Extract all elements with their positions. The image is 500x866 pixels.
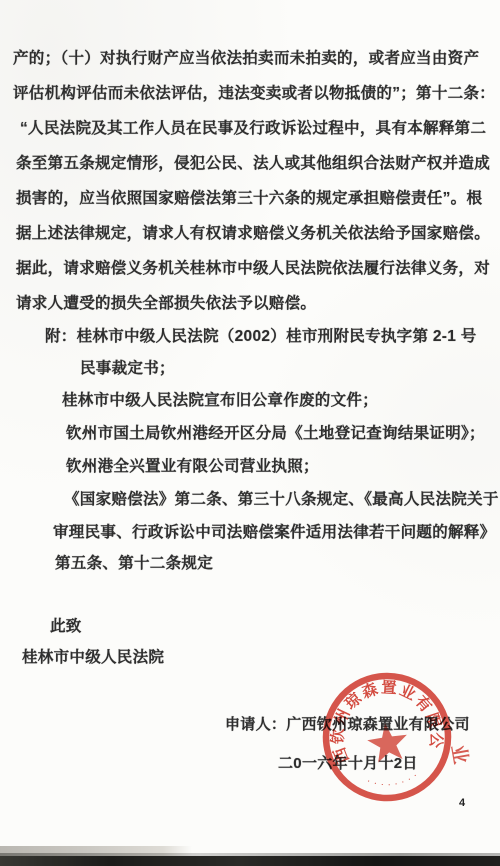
seal-star-icon	[365, 720, 410, 763]
attachment-line: 钦州港全兴置业有限公司营业执照；	[66, 454, 319, 476]
seal-side-mark: 业	[447, 743, 472, 766]
text-line: 评估机构评估而未依法评估，违法变卖或者以物抵债的”；第十二条：	[13, 81, 495, 103]
closing-addressee: 桂林市中级人民法院	[22, 645, 164, 667]
text-line: 产的；（十）对执行财产应当依法拍卖而未拍卖的，或者应当由资产	[13, 46, 479, 68]
text-line: 据此，请求赔偿义务机关桂林市中级人民法院依法履行法律义务，对	[16, 256, 490, 278]
text-line: 请求人遭受的损失全部损失依法予以赔偿。	[16, 291, 316, 313]
scan-edge-strip	[0, 856, 500, 866]
text-line: “人民法院及其工作人员在民事及行政诉讼过程中，具有本解释第二	[20, 116, 486, 138]
attachment-line: 附：桂林市中级人民法院（2002）桂市刑附民专执字第 2-1 号	[45, 324, 477, 346]
closing-salute: 此致	[50, 614, 82, 636]
attachment-line: 审理民事、行政诉讼中司法赔偿案件适用法律若干问题的解释》	[53, 520, 495, 542]
text-line: 条至第五条规定情形，侵犯公民、法人或其他组织合法财产权并造成	[16, 151, 490, 173]
attachment-line: 民事裁定书；	[80, 356, 175, 378]
attachment-line: 钦州市国土局钦州港经开区分局《土地登记查询结果证明》；	[66, 421, 485, 443]
attachment-line: 桂林市中级人民法院宣布旧公章作废的文件；	[62, 388, 378, 410]
attachment-line: 《国家赔偿法》第二条、第三十八条规定、《最高人民法院关于	[64, 487, 499, 509]
text-line: 据上述法律规定，请求人有权请求赔偿义务机关依法给予国家赔偿。	[16, 221, 490, 243]
text-line: 损害的，应当依照国家赔偿法第三十六条的规定承担赔偿责任”。根	[16, 186, 482, 208]
attachment-line: 第五条、第十二条规定	[55, 551, 213, 573]
document-page: 产的；（十）对执行财产应当依法拍卖而未拍卖的，或者应当由资产 评估机构评估而未依…	[0, 0, 500, 866]
page-number: 4	[459, 797, 465, 809]
